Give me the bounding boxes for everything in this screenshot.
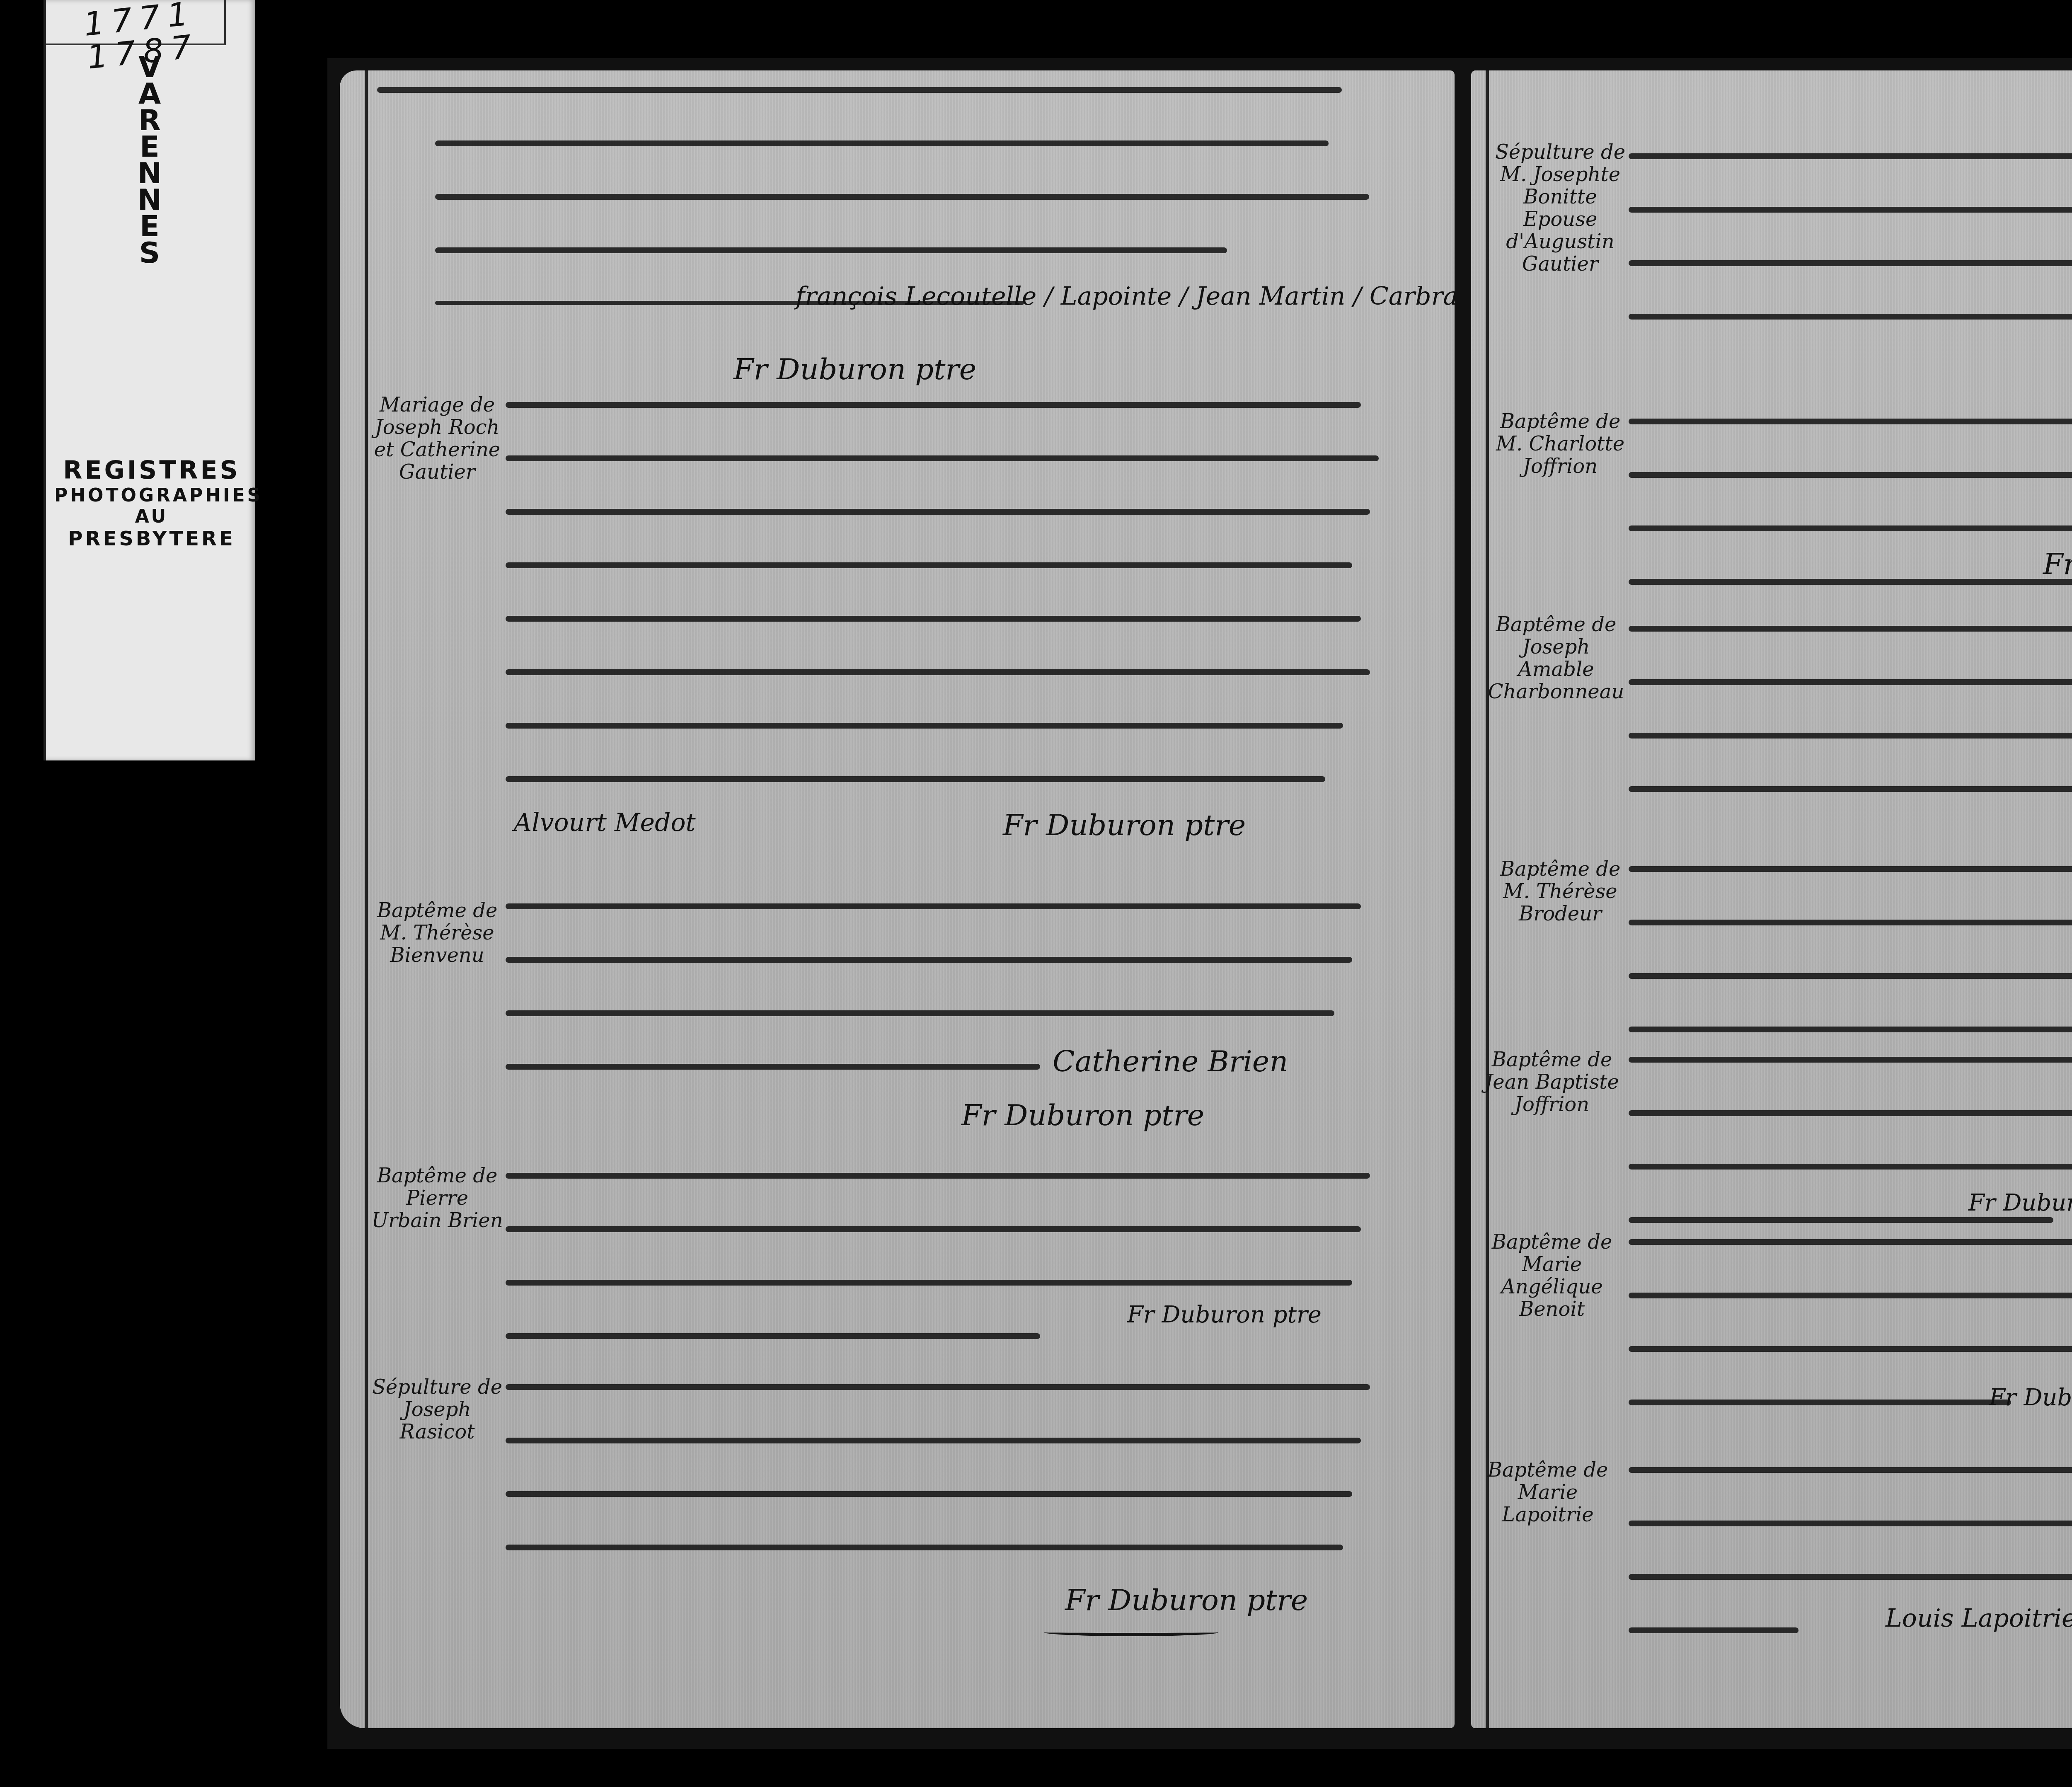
margin-heading-bapteme-brodeur: Baptême de M. Thérèse Brodeur <box>1492 858 1629 925</box>
margin-heading-bapteme-brien: Baptême de Pierre Urbain Brien <box>369 1165 506 1232</box>
priest-signature: Fr Duburon ptre <box>733 352 976 386</box>
entry-baptism-text <box>1629 1467 2072 1681</box>
priest-signature: Fr Duburon ptre <box>1003 808 1246 842</box>
left-page: françois Lecoutelle / Lapointe / Jean Ma… <box>340 70 1455 1728</box>
label-description: REGISTRES PHOTOGRAPHIES AU PRESBYTERE <box>54 456 249 550</box>
godmother-signature: Catherine Brien <box>1053 1044 1288 1078</box>
priest-signature: Fr Duburon ptre <box>1968 1189 2072 1216</box>
left-margin-rule <box>365 70 368 1728</box>
entry-baptism-text <box>1629 419 2072 632</box>
entry-baptism-text <box>1629 1057 2072 1271</box>
margin-heading-mariage-roch-gautier: Mariage de Joseph Roch et Catherine Gaut… <box>369 394 506 483</box>
archive-label-card: 1771 1787 VARENNES REGISTRES PHOTOGRAPHI… <box>44 0 255 760</box>
priest-signature: Fr Duburon ptre <box>1127 1301 1322 1328</box>
label-line-au: AU <box>54 506 249 527</box>
label-line-presbytere: PRESBYTERE <box>54 527 249 550</box>
entry-baptism-text <box>506 1173 1397 1387</box>
entry-burial-text <box>1629 153 2072 367</box>
label-line-photographies: PHOTOGRAPHIES <box>54 485 249 506</box>
entry-baptism-text <box>1629 866 2072 1080</box>
right-page: Fol. 57 Sépulture de M. Josephte Bonitte… <box>1471 70 2072 1728</box>
priest-signature: Fr Duburon ptre <box>2043 547 2072 581</box>
margin-heading-sepulture-bonitte: Sépulture de M. Josephte Bonitte Epouse … <box>1492 141 1629 275</box>
priest-signature: Fr Duburon ptre <box>961 1098 1204 1132</box>
parent-signature: Louis Lapoitrie <box>1886 1604 2072 1633</box>
margin-heading-sepulture-rasicot: Sépulture de Joseph Rasicot <box>369 1376 506 1443</box>
entry-continuation-text <box>377 87 1392 353</box>
entry-burial-text <box>506 1384 1397 1598</box>
margin-heading-bapteme-benoit: Baptême de Marie Angélique Benoit <box>1484 1231 1620 1320</box>
witness-signatures: françois Lecoutelle / Lapointe / Jean Ma… <box>796 282 1455 311</box>
entry-marriage-text <box>506 402 1397 830</box>
margin-heading-bapteme-lapoitrie: Baptême de Marie Lapoitrie <box>1479 1459 1616 1526</box>
entry-baptism-text <box>506 903 1397 1117</box>
margin-heading-bapteme-joffrion: Baptême de M. Charlotte Joffrion <box>1492 410 1629 477</box>
entry-baptism-text <box>1629 1239 2072 1453</box>
witness-signature: Alvourt Medot <box>514 808 696 837</box>
label-place: VARENNES <box>133 54 166 266</box>
register-book: françois Lecoutelle / Lapointe / Jean Ma… <box>327 58 2072 1749</box>
entry-baptism-text <box>1629 626 2072 840</box>
margin-heading-bapteme-jean-baptiste-joffrion: Baptême de Jean Baptiste Joffrion <box>1484 1048 1620 1116</box>
signature-flourish <box>1044 1629 1218 1636</box>
priest-signature: Fr Duburon ptre <box>1065 1583 1308 1617</box>
label-line-registres: REGISTRES <box>54 456 249 485</box>
priest-signature: Fr Duburon ptre <box>1989 1384 2072 1411</box>
margin-heading-bapteme-bienvenu: Baptême de M. Thérèse Bienvenu <box>369 899 506 966</box>
margin-heading-bapteme-charbonneau: Baptême de Joseph Amable Charbonneau <box>1488 613 1624 703</box>
